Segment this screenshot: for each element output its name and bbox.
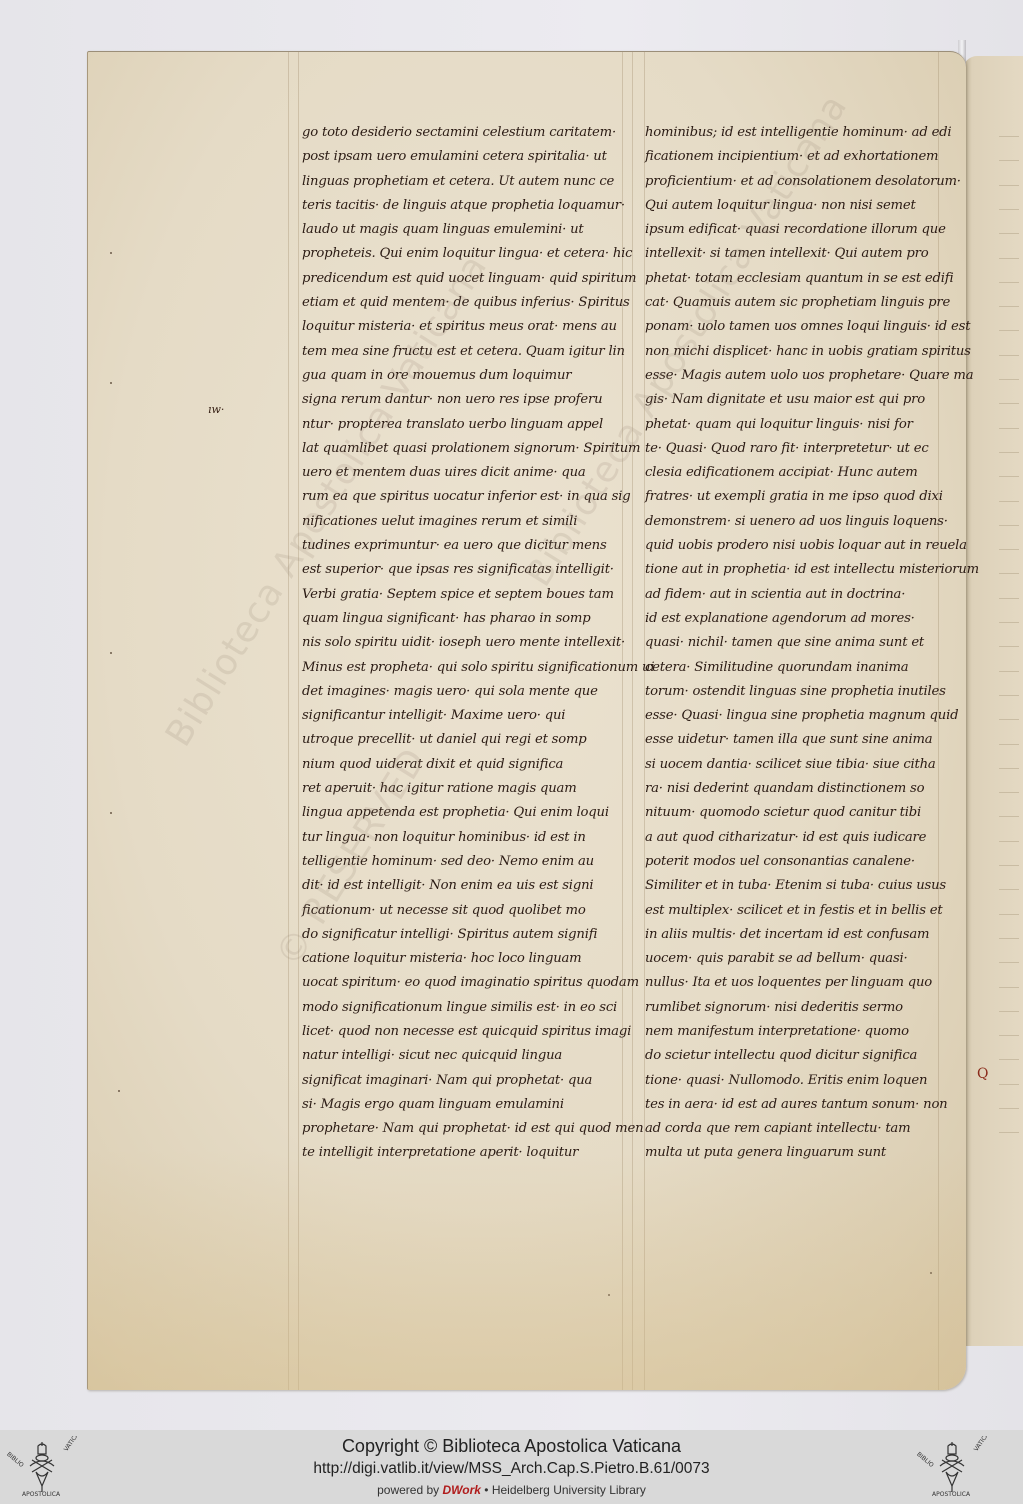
manuscript-line: tudines exprimuntur· ea uero que dicitur… [302,534,642,558]
dwork-brand: DWork [442,1483,480,1497]
manuscript-line: ntur· propterea translato uerbo linguam … [302,413,642,437]
manuscript-line: ad fidem· aut in scientia aut in doctrin… [645,583,975,607]
ruling-line [999,476,1019,477]
ruling-line [999,987,1019,988]
manuscript-line: ipsum edificat· quasi recordatione illor… [645,218,975,242]
manuscript-line: nificationes uelut imagines rerum et sim… [302,510,642,534]
manuscript-line: est multiplex· scilicet et in festis et … [645,899,975,923]
manuscript-line: hominibus; id est intelligentie hominum·… [645,121,975,145]
ruling-line [999,646,1019,647]
manuscript-line: id est explanatione agendorum ad mores· [645,607,975,631]
manuscript-line: significantur intelligit· Maxime uero· q… [302,704,642,728]
pricking-mark [608,1294,610,1296]
manuscript-line: si· Magis ergo quam linguam emulamini [302,1093,642,1117]
manuscript-line: ficationem incipientium· et ad exhortati… [645,145,975,169]
manuscript-line: tem mea sine fructu est et cetera. Quam … [302,340,642,364]
ruling-line [999,403,1019,404]
ruling-line [999,962,1019,963]
copyright-footer: BIBLIO APOSTOLICA VATICANA BIBLIO APOSTO… [0,1430,1023,1504]
manuscript-line: si uocem dantia· scilicet siue tibia· si… [645,753,975,777]
ruling-line [999,695,1019,696]
manuscript-line: demonstrem· si uenero ad uos linguis loq… [645,510,975,534]
manuscript-line: quasi· nichil· tamen que sine anima sunt… [645,631,975,655]
manuscript-line: lat quamlibet quasi prolationem signorum… [302,437,642,461]
manuscript-line: teris tacitis· de linguis atque propheti… [302,194,642,218]
ruling-line [999,185,1019,186]
text-column-left: go toto desiderio sectamini celestium ca… [302,121,642,1166]
manuscript-line: quid uobis prodero nisi uobis loquar aut… [645,534,975,558]
manuscript-line: nem manifestum interpretatione· quomo [645,1020,975,1044]
manuscript-line: gis· Nam dignitate et usu maior est qui … [645,388,975,412]
manuscript-line: telligentie hominum· sed deo· Nemo enim … [302,850,642,874]
ruling-line [999,841,1019,842]
ruling-line [999,209,1019,210]
ruling-line [999,501,1019,502]
manuscript-line: nium quod uiderat dixit et quid signific… [302,753,642,777]
ruling-line [999,1084,1019,1085]
manuscript-line: uocat spiritum· eo quod imaginatio spiri… [302,971,642,995]
manuscript-line: esse· Quasi· lingua sine prophetia magnu… [645,704,975,728]
ruling-line [999,160,1019,161]
manuscript-line: phetat· quam qui loquitur linguis· nisi … [645,413,975,437]
manuscript-line: te intelligit interpretatione aperit· lo… [302,1141,642,1165]
manuscript-line: lingua appetenda est prophetia· Qui enim… [302,801,642,825]
ruling-line [999,452,1019,453]
ruling-line [999,258,1019,259]
manuscript-line: tione aut in prophetia· id est intellect… [645,558,975,582]
manuscript-line: linguas prophetiam et cetera. Ut autem n… [302,170,642,194]
manuscript-line: rumlibet signorum· nisi dederitis sermo [645,996,975,1020]
ruling-line [999,379,1019,380]
manuscript-line: significat imaginari· Nam qui prophetat·… [302,1069,642,1093]
ruling-line [999,792,1019,793]
manuscript-line: proficientium· et ad consolationem desol… [645,170,975,194]
manuscript-line: tur lingua· non loquitur hominibus· id e… [302,826,642,850]
manuscript-line: cetera· Similitudine quorundam inanima [645,656,975,680]
manuscript-line: Verbi gratia· Septem spice et septem bou… [302,583,642,607]
manuscript-line: clesia edificationem accipiat· Hunc aute… [645,461,975,485]
manuscript-line: prophetare· Nam qui prophetat· id est qu… [302,1117,642,1141]
manuscript-line: intellexit· si tamen intellexit· Qui aut… [645,242,975,266]
manuscript-line: Qui autem loquitur lingua· non nisi seme… [645,194,975,218]
manuscript-line: utroque precellit· ut daniel qui regi et… [302,728,642,752]
ruling-line [999,306,1019,307]
manuscript-line: multa ut puta genera linguarum sunt [645,1141,975,1165]
manuscript-line: poterit modos uel consonantias canalene· [645,850,975,874]
manuscript-line: nis solo spiritu uidit· ioseph uero ment… [302,631,642,655]
manuscript-line: quam lingua significant· has pharao in s… [302,607,642,631]
manuscript-line: ret aperuit· hac igitur ratione magis qu… [302,777,642,801]
manuscript-line: in aliis multis· det incertam id est con… [645,923,975,947]
manuscript-leaf: ıw· go toto desiderio sectamini celestiu… [87,51,966,1390]
pricking-mark [110,382,112,384]
manuscript-line: est superior· que ipsas res significatas… [302,558,642,582]
ruling-line [999,744,1019,745]
pricking-mark [930,1272,932,1274]
manuscript-line: catione loquitur misteria· hoc loco ling… [302,947,642,971]
manuscript-line: uero et mentem duas uires dicit anime· q… [302,461,642,485]
manuscript-line: non michi displicet· hanc in uobis grati… [645,340,975,364]
copyright-text: Copyright © Biblioteca Apostolica Vatica… [0,1436,1023,1457]
ruling-line [999,1011,1019,1012]
ruling-line [999,1059,1019,1060]
manuscript-line: tione· quasi· Nullomodo. Eritis enim loq… [645,1069,975,1093]
manuscript-line: ra· nisi dederint quandam distinctionem … [645,777,975,801]
ruling-line [999,865,1019,866]
ruling-line [999,136,1019,137]
manuscript-line: post ipsam uero emulamini cetera spirita… [302,145,642,169]
manuscript-line: phetat· totam ecclesiam quantum in se es… [645,267,975,291]
ruling-line [999,1035,1019,1036]
manuscript-line: fratres· ut exempli gratia in me ipso qu… [645,485,975,509]
manuscript-line: modo significationum lingue similis est·… [302,996,642,1020]
manuscript-line: det imagines· magis uero· qui sola mente… [302,680,642,704]
ruling-line [999,549,1019,550]
manuscript-line: etiam et quid mentem· de quibus inferius… [302,291,642,315]
manuscript-line: natur intelligi· sicut nec quicquid ling… [302,1044,642,1068]
ruling-line [298,52,299,1390]
ruling-line [999,768,1019,769]
ruling-line [999,622,1019,623]
pricking-mark [110,812,112,814]
manuscript-line: do scietur intellectu quod dicitur signi… [645,1044,975,1068]
text-column-right: hominibus; id est intelligentie hominum·… [645,121,975,1166]
manuscript-line: cat· Quamuis autem sic prophetiam lingui… [645,291,975,315]
powered-by-line: powered by DWork • Heidelberg University… [0,1483,1023,1497]
ruling-line [999,938,1019,939]
manuscript-line: go toto desiderio sectamini celestium ca… [302,121,642,145]
manuscript-line: Minus est propheta· qui solo spiritu sig… [302,656,642,680]
manuscript-line: a aut quod citharizatur· id est quis iud… [645,826,975,850]
manuscript-line: nituum· quomodo scietur quod canitur tib… [645,801,975,825]
manuscript-line: torum· ostendit linguas sine prophetia i… [645,680,975,704]
ruling-line [288,52,289,1390]
manuscript-line: te· Quasi· Quod raro fit· interpretetur·… [645,437,975,461]
ruling-line [999,355,1019,356]
ruling-line [999,719,1019,720]
pricking-mark [118,1090,120,1092]
manuscript-line: do significatur intelligi· Spiritus aute… [302,923,642,947]
ruling-line [999,428,1019,429]
manuscript-line: nullus· Ita et uos loquentes per linguam… [645,971,975,995]
manuscript-line: ad corda que rem capiant intellectu· tam [645,1117,975,1141]
manuscript-line: ficationum· ut necesse sit quod quolibet… [302,899,642,923]
manuscript-line: esse· Magis autem uolo uos prophetare· Q… [645,364,975,388]
manuscript-line: uocem· quis parabit se ad bellum· quasi· [645,947,975,971]
next-leaf-initial: Q [977,1066,988,1082]
manuscript-line: gua quam in ore mouemus dum loquimur [302,364,642,388]
manuscript-line: esse uidetur· tamen illa que sunt sine a… [645,728,975,752]
ruling-line [999,573,1019,574]
ruling-line [999,1132,1019,1133]
manuscript-line: rum ea que spiritus uocatur inferior est… [302,485,642,509]
ruling-line [999,816,1019,817]
ruling-line [999,671,1019,672]
pricking-mark [110,252,112,254]
manuscript-line: dit· id est intelligit· Non enim ea uis … [302,874,642,898]
ruling-line [999,889,1019,890]
ruling-line [999,282,1019,283]
manuscript-line: signa rerum dantur· non uero res ipse pr… [302,388,642,412]
ruling-line [999,1108,1019,1109]
manuscript-line: ponam· uolo tamen uos omnes loqui lingui… [645,315,975,339]
manuscript-line: Similiter et in tuba· Etenim si tuba· cu… [645,874,975,898]
manuscript-line: licet· quod non necesse est quicquid spi… [302,1020,642,1044]
ruling-line [999,914,1019,915]
manuscript-line: predicendum est quid uocet linguam· quid… [302,267,642,291]
manuscript-line: loquitur misteria· et spiritus meus orat… [302,315,642,339]
manuscript-line: propheteis. Qui enim loquitur lingua· et… [302,242,642,266]
manuscript-line: laudo ut magis quam linguas emulemini· u… [302,218,642,242]
ruling-line [999,330,1019,331]
powered-suffix: • Heidelberg University Library [484,1483,646,1497]
marginal-annotation: ıw· [208,403,224,416]
ruling-line [999,525,1019,526]
pricking-mark [110,652,112,654]
ruling-line [999,598,1019,599]
manuscript-line: tes in aera· id est ad aures tantum sonu… [645,1093,975,1117]
permalink-url[interactable]: http://digi.vatlib.it/view/MSS_Arch.Cap.… [0,1460,1023,1478]
ruling-line [999,233,1019,234]
powered-prefix: powered by [377,1483,439,1497]
